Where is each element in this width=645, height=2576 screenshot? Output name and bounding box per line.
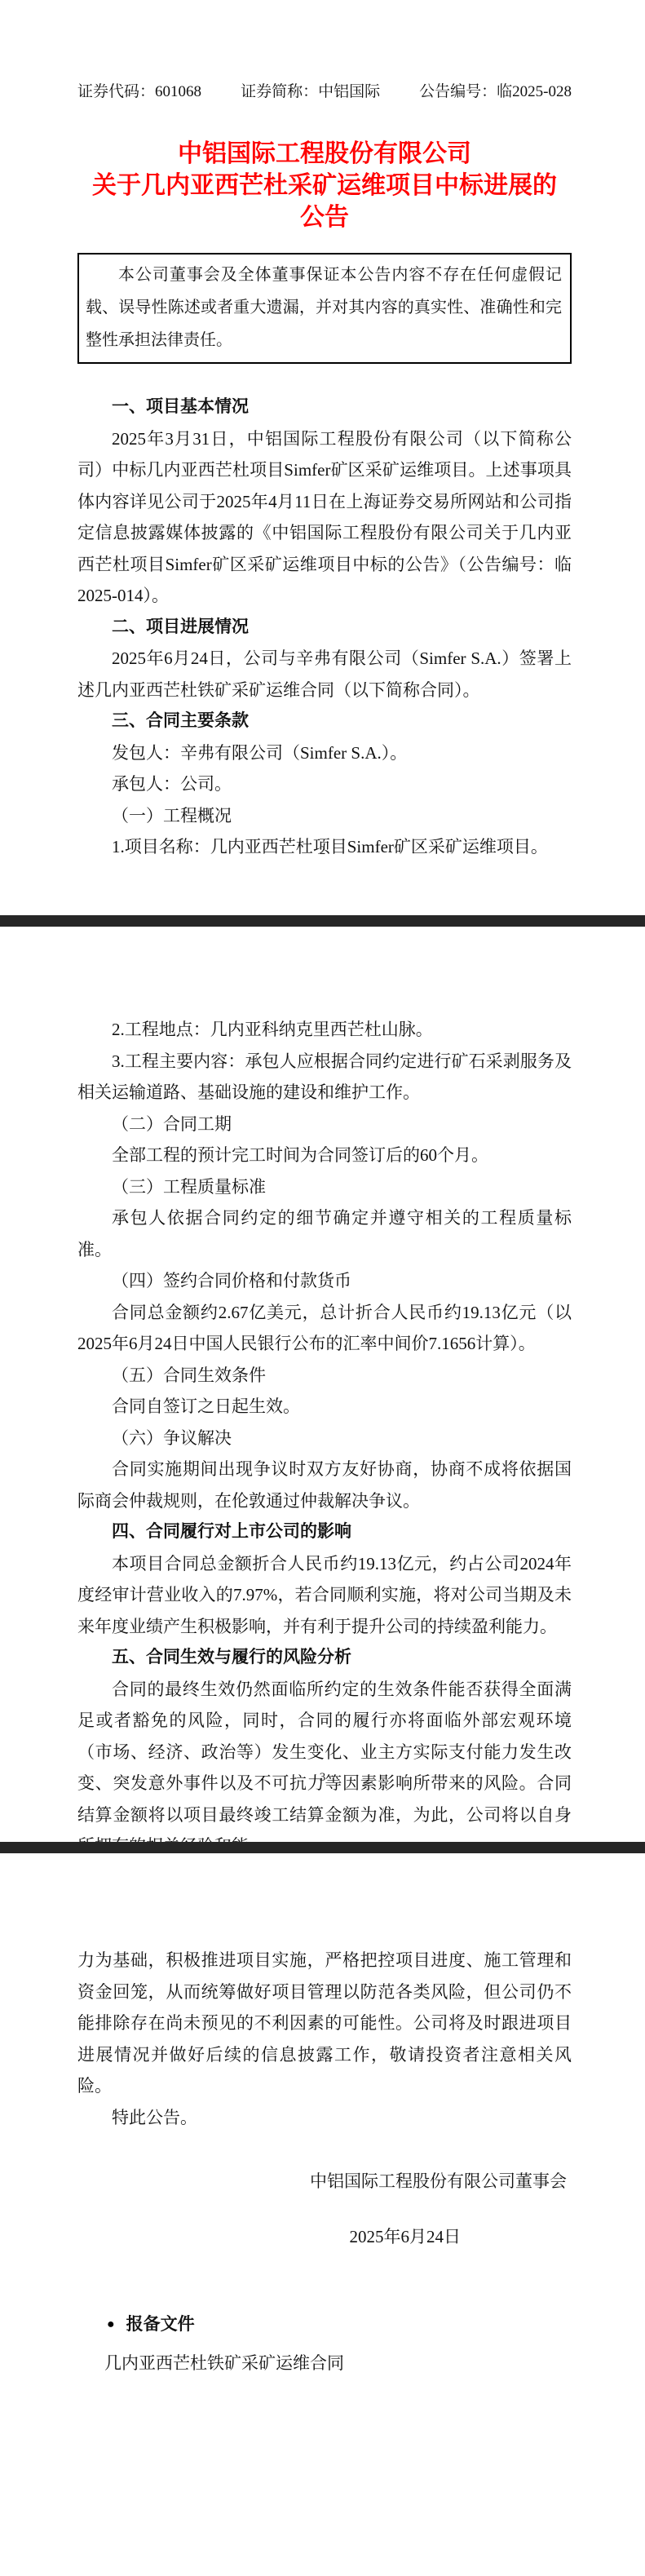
title-line-3: 公告	[77, 201, 572, 233]
document-title: 中铝国际工程股份有限公司 关于几内亚西芒杜采矿运维项目中标进展的 公告	[77, 138, 572, 233]
filing-documents-heading: 报备文件	[126, 2309, 195, 2341]
paragraph: 合同实施期间出现争议时双方友好协商，协商不成将依据国际商会仲裁规则，在伦敦通过仲…	[77, 1454, 572, 1516]
subsection-heading: （一）工程概况	[77, 800, 572, 832]
paragraph: 全部工程的预计完工时间为合同签订后的60个月。	[77, 1140, 572, 1171]
paragraph: 2025年6月24日，公司与辛弗有限公司（Simfer S.A.）签署上述几内亚…	[77, 643, 572, 706]
paragraph: 2025年3月31日，中铝国际工程股份有限公司（以下简称公司）中标几内亚西芒杜项…	[77, 423, 572, 612]
section-2-heading: 二、项目进展情况	[77, 612, 572, 644]
contractor-line: 承包人：公司。	[77, 768, 572, 800]
announcement-number: 公告编号：临2025-028	[419, 82, 572, 102]
paragraph: 合同自签订之日起生效。	[77, 1391, 572, 1423]
subsection-heading: （四）签约合同价格和付款货币	[77, 1265, 572, 1297]
title-line-2: 关于几内亚西芒杜采矿运维项目中标进展的	[77, 170, 572, 201]
page-separator	[0, 915, 645, 927]
filing-document-item: 几内亚西芒杜铁矿采矿运维合同	[104, 2348, 572, 2379]
board-disclaimer-box: 本公司董事会及全体董事保证本公告内容不存在任何虚假记载、误导性陈述或者重大遗漏，…	[77, 253, 572, 364]
section-1-heading: 一、项目基本情况	[77, 392, 572, 423]
project-scope-line: 3.工程主要内容：承包人应根据合同约定进行矿石采剥服务及相关运输道路、基础设施的…	[77, 1046, 572, 1109]
page-3: 力为基础，积极推进项目实施，严格把控项目进度、施工管理和资金回笼，从而统筹做好项…	[0, 1853, 645, 2576]
paragraph: 承包人依据合同约定的细节确定并遵守相关的工程质量标准。	[77, 1202, 572, 1265]
page-1-content: 证券代码：601068 证券简称：中铝国际 公告编号：临2025-028 中铝国…	[77, 0, 572, 863]
securities-header: 证券代码：601068 证券简称：中铝国际 公告编号：临2025-028	[77, 0, 572, 102]
stock-code: 证券代码：601068	[77, 82, 201, 102]
board-signature: 中铝国际工程股份有限公司董事会	[77, 2166, 572, 2198]
bullet-icon: ●	[107, 2309, 115, 2341]
page-number: 3	[0, 1771, 645, 1785]
subsection-heading: （五）合同生效条件	[77, 1360, 572, 1392]
contract-amount-line: 合同总金额约2.67亿美元，总计折合人民币约19.13亿元（以2025年6月24…	[77, 1297, 572, 1360]
subsection-heading: （三）工程质量标准	[77, 1171, 572, 1203]
paragraph: 合同的最终生效仍然面临所约定的生效条件能否获得全面满足或者豁免的风险，同时，合同…	[77, 1674, 572, 1843]
employer-line: 发包人：辛弗有限公司（Simfer S.A.）。	[77, 737, 572, 769]
page-3-content: 力为基础，积极推进项目实施，严格把控项目进度、施工管理和资金回笼，从而统筹做好项…	[77, 1853, 572, 2379]
closing-line: 特此公告。	[77, 2102, 572, 2134]
project-location-line: 2.工程地点：几内亚科纳克里西芒杜山脉。	[77, 1014, 572, 1046]
page-2: 2.工程地点：几内亚科纳克里西芒杜山脉。 3.工程主要内容：承包人应根据合同约定…	[0, 927, 645, 1842]
board-disclaimer-text: 本公司董事会及全体董事保证本公告内容不存在任何虚假记载、误导性陈述或者重大遗漏，…	[86, 259, 562, 356]
paragraph: 力为基础，积极推进项目实施，严格把控项目进度、施工管理和资金回笼，从而统筹做好项…	[77, 1945, 572, 2102]
section-4-heading: 四、合同履行对上市公司的影响	[77, 1516, 572, 1548]
page-2-content: 2.工程地点：几内亚科纳克里西芒杜山脉。 3.工程主要内容：承包人应根据合同约定…	[77, 927, 572, 1842]
page-separator	[0, 1842, 645, 1853]
announcement-document: 证券代码：601068 证券简称：中铝国际 公告编号：临2025-028 中铝国…	[0, 0, 645, 2576]
page-1: 证券代码：601068 证券简称：中铝国际 公告编号：临2025-028 中铝国…	[0, 0, 645, 915]
subsection-heading: （六）争议解决	[77, 1423, 572, 1454]
section-5-heading: 五、合同生效与履行的风险分析	[77, 1642, 572, 1674]
announcement-date: 2025年6月24日	[77, 2221, 572, 2253]
filing-documents-row: ● 报备文件	[107, 2309, 572, 2341]
stock-abbr: 证券简称：中铝国际	[241, 82, 380, 102]
section-3-heading: 三、合同主要条款	[77, 706, 572, 737]
paragraph: 本项目合同总金额折合人民币约19.13亿元，约占公司2024年度经审计营业收入的…	[77, 1548, 572, 1643]
page-number: 2	[0, 844, 645, 858]
subsection-heading: （二）合同工期	[77, 1109, 572, 1140]
title-line-1: 中铝国际工程股份有限公司	[77, 138, 572, 170]
